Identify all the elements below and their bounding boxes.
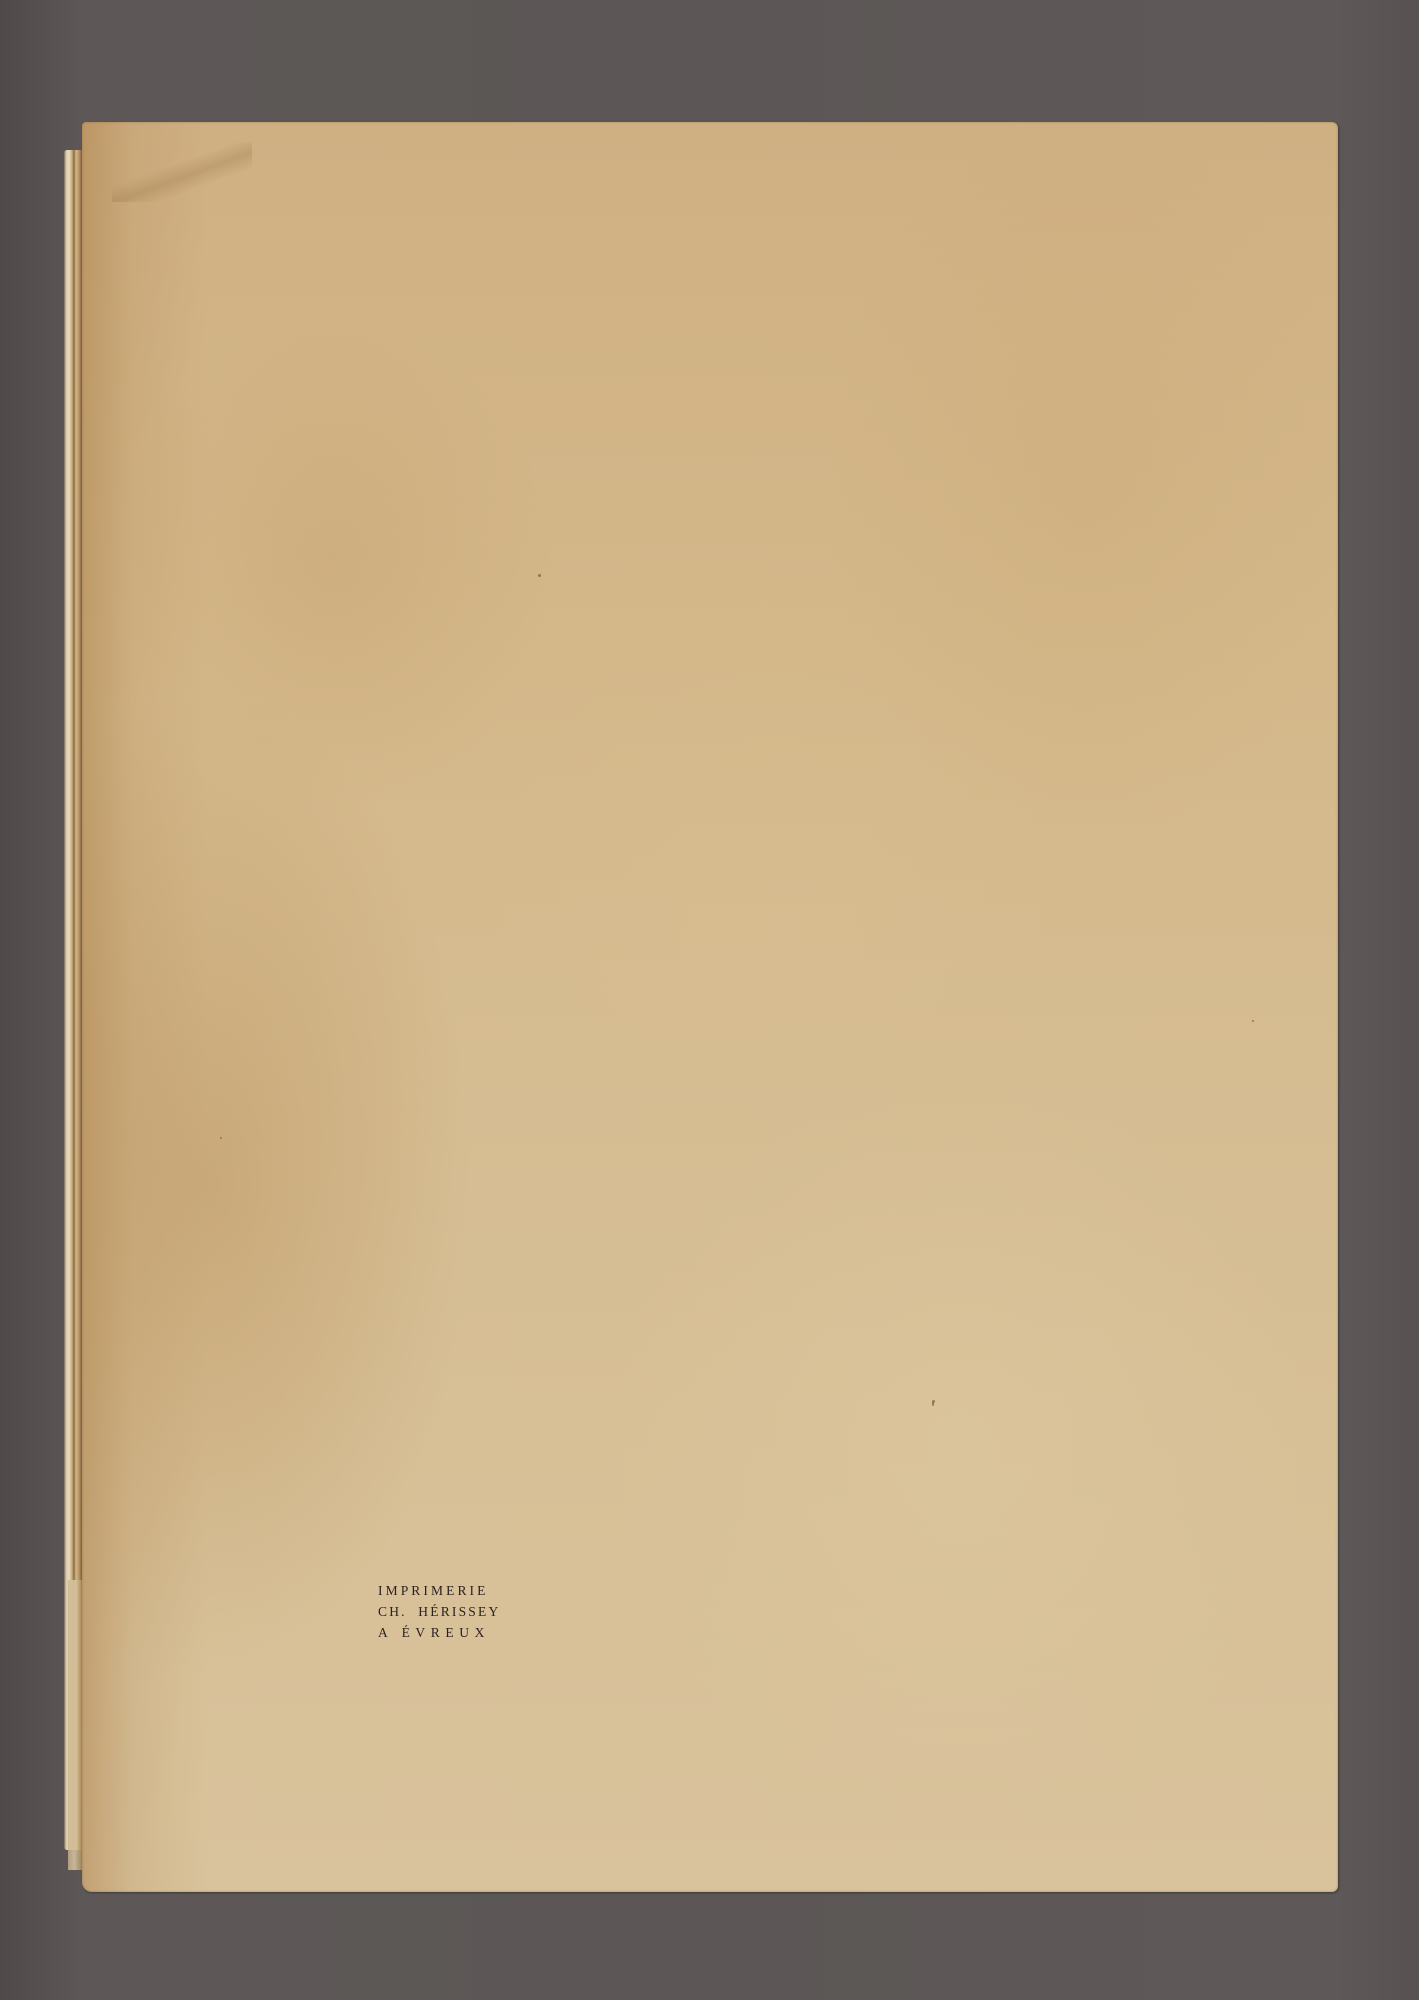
book-back-cover (82, 122, 1338, 1892)
corner-crease (112, 142, 252, 202)
paper-speck (538, 574, 541, 577)
imprint-line-name: CH. HÉRISSEY (378, 1601, 500, 1622)
paper-speck (220, 1137, 222, 1139)
imprint-line-city: A ÉVREUX (378, 1622, 500, 1643)
paper-speck (932, 1402, 934, 1406)
imprint-line-printer: IMPRIMERIE (378, 1580, 500, 1601)
paper-speck (1252, 1020, 1254, 1022)
printer-imprint: IMPRIMERIE CH. HÉRISSEY A ÉVREUX (378, 1580, 500, 1643)
